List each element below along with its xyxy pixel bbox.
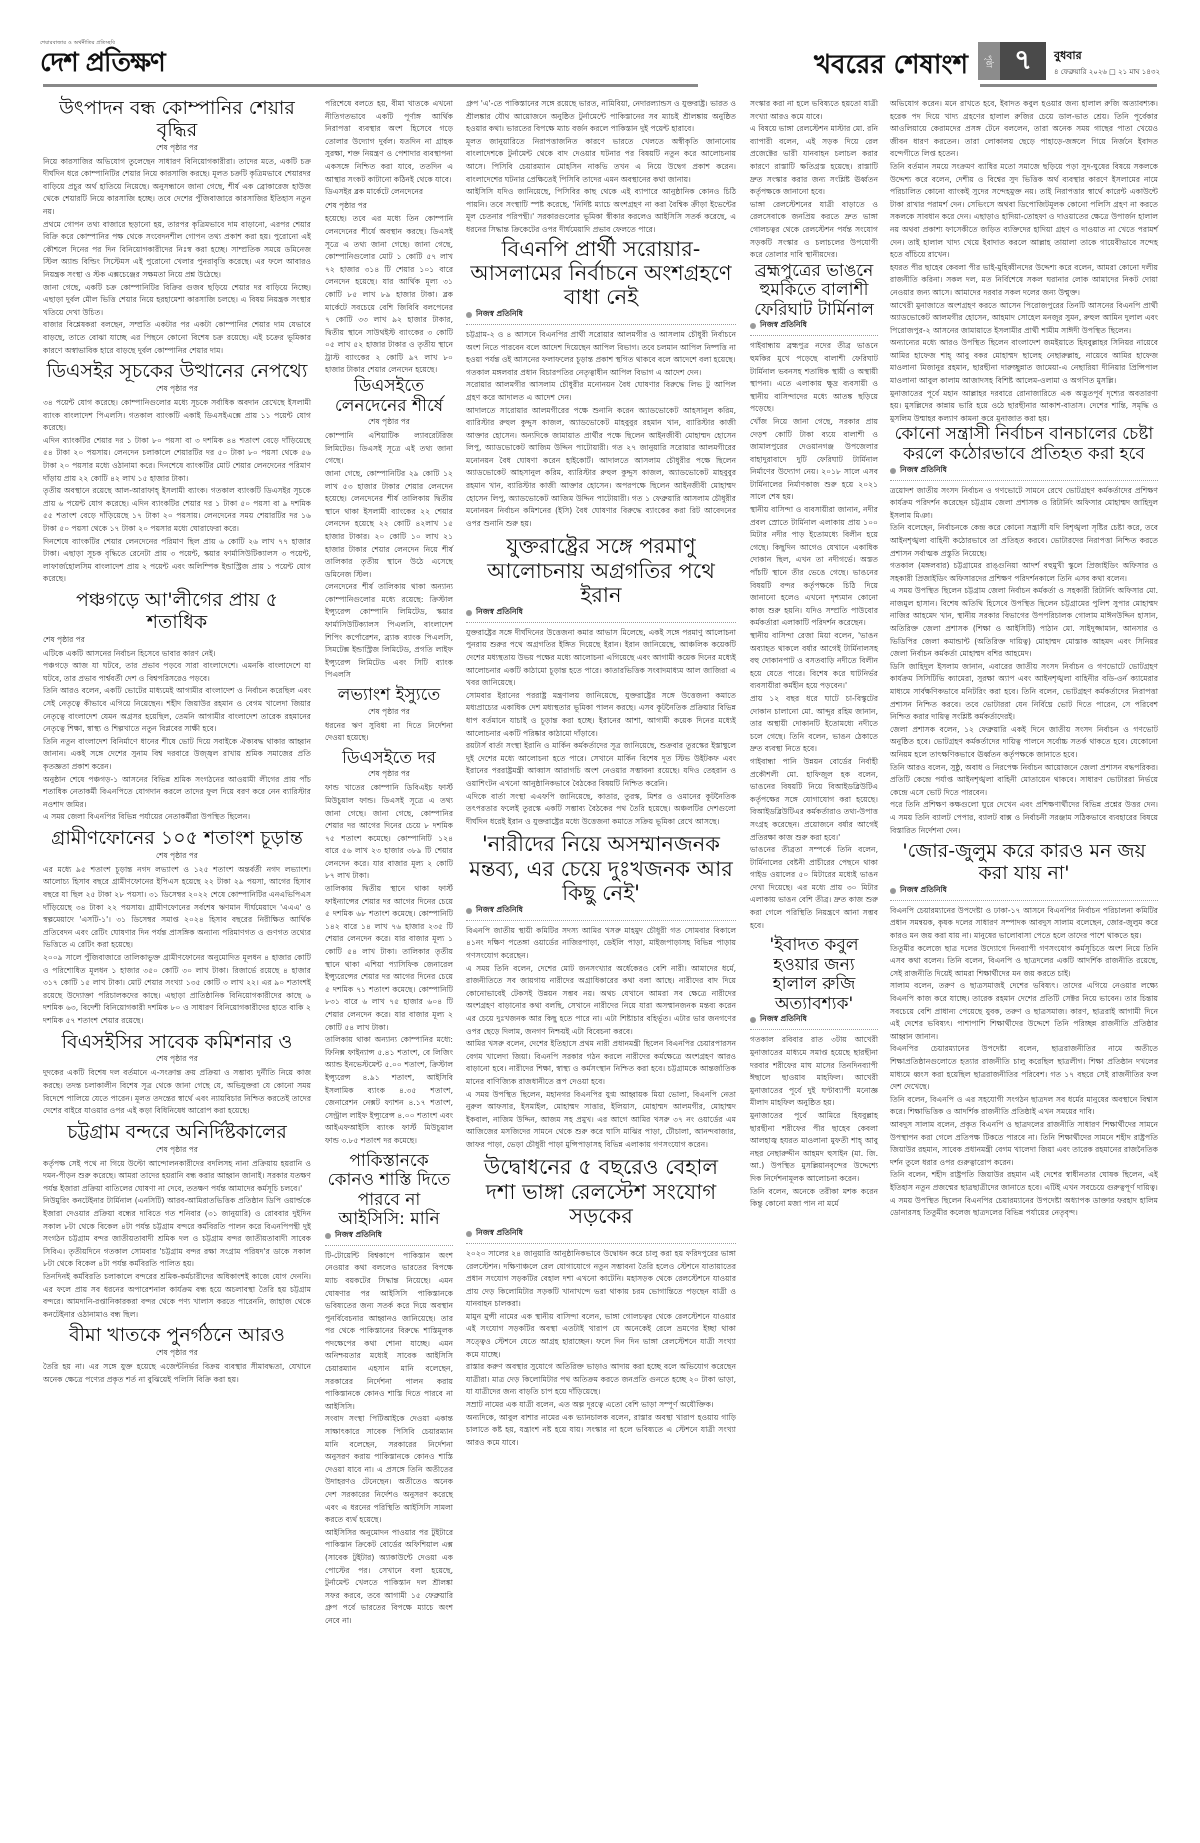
story-women-remarks: 'নারীদের নিয়ে অসম্মানজনক মন্তব্য, এর চে… (466, 832, 736, 1151)
story-body: কর্তৃপক্ষ সেই পথে না গিয়ে উল্টো আন্দোলন… (43, 1158, 311, 1322)
paragraph: হয়েছে। তবে এর মধ্যে তিন কোম্পানি লেনদেন… (325, 213, 453, 377)
paragraph: নিউমুরিং কনটেইনার টার্মিনাল (এনসিটি) আরব… (43, 1195, 311, 1271)
newspaper-logo: দেশ প্রতিক্ষণ (40, 48, 165, 78)
story-dse-price-fall: ডিএসইতে দর শেষ পৃষ্ঠার পর ফান্ড খাতের কো… (325, 749, 453, 1148)
story-body: গাইবান্ধায় ব্রহ্মপুত্র নদের তীব্র ভাঙনে… (750, 340, 878, 932)
story-body: নিয়ে কারসাজির অভিযোগ তুলেছেন সাধারণ বিন… (43, 156, 311, 358)
paragraph: অন্যান্যের মধ্যে আরও উপস্থিত ছিলেন বাংলা… (890, 337, 1158, 387)
byline: নিজস্ব প্রতিনিধি (890, 885, 1158, 901)
section-title: খবরের শেষাংশ (814, 50, 968, 80)
paragraph: আদালতে সারোয়ার আলমগীরের পক্ষে শুনানি কর… (466, 405, 736, 531)
paragraph: স্থানীয় বাসিন্দা রেজা মিয়া বলেন, 'ভাঙন… (750, 630, 878, 693)
paragraph: জানা গেছে, কোম্পানিটির ২৯ কোটি ১২ লাখ ৫৩… (325, 468, 453, 581)
story-balashi-ferry-terminal: ব্রহ্মপুত্রের ভাঙনে হুমকিতে বালাশী ফেরিঘ… (750, 262, 878, 933)
bullet-icon (750, 323, 756, 329)
story-body: ফান্ড খাতের কোম্পানি ডিবিএইচ ফার্স্ট মিউ… (325, 782, 453, 1147)
paragraph: ডিএসইর ব্লক মার্কেটে লেনদেনের (325, 186, 453, 199)
story-body: এর মধ্যে ৯৫ শতাংশ চূড়ান্ত নগদ লভ্যাংশ ও… (43, 864, 311, 1028)
byline: নিজস্ব প্রতিনিধি (466, 309, 736, 325)
paragraph: সম্রাট নামের এক যাত্রী বলেন, এত অল্প দূর… (466, 1399, 736, 1412)
paragraph: অন্যদিকে, আবুল বাশার নামের এক ভ্যানচালক … (466, 1412, 736, 1450)
paragraph: ডিসি জাহিদুল ইসলাম জানান, এবারের জাতীয় … (890, 661, 1158, 724)
headline: গ্রামীণফোনের ১০৫ শতাংশ চূড়ান্ত (43, 828, 311, 850)
headline: চট্টগ্রাম বন্দরে অনির্দিষ্টকালের (43, 1122, 311, 1144)
paragraph: বিএনপি চেয়ারম্যানের উপদেষ্টা ও ঢাকা-১৭ … (890, 905, 1158, 943)
story-chattogram-port: চট্টগ্রাম বন্দরে অনির্দিষ্টকালের শেষ পৃষ… (43, 1122, 311, 1322)
paragraph: প্রথমে গোপন তথ্য বাজারে ছড়ানো হয়, তারপ… (43, 219, 311, 282)
paragraph: ২০০৯ সালে পুঁজিবাজারে তালিকাভুক্ত গ্রামী… (43, 952, 311, 1028)
byline-text: নিজস্ব প্রতিনিধি (900, 885, 947, 897)
continued-label: শেষ পৃষ্ঠার পর (43, 1145, 311, 1157)
story-iran-us-talks: যুক্তরাষ্ট্রের সঙ্গে পরমাণু আলোচনায় অগ্… (466, 534, 736, 828)
paragraph: অনুষ্ঠান শেষে পঞ্চগড়-১ আসনের বিভিন্ন শ্… (43, 774, 311, 812)
bullet-icon (466, 312, 472, 318)
column-3: গ্রুপ 'এ'-তে পাকিস্তানের সঙ্গে রয়েছে ভা… (466, 98, 736, 1453)
paragraph: গাইবান্ধায় ব্রহ্মপুত্র নদের তীব্র ভাঙনে… (750, 340, 878, 416)
paragraph: মুনাজাতের পূর্বে মহান আল্লাহর দরবারে রোন… (890, 388, 1158, 426)
paragraph: সংস্কার করা না হলে ভবিষ্যতে হয়তো যাত্রী… (750, 98, 878, 123)
column-4: সংস্কার করা না হলে ভবিষ্যতে হয়তো যাত্রী… (750, 98, 878, 1215)
paragraph: পঞ্চগড়ে আজ যা ঘটবে, তার প্রভাব পড়বে সা… (43, 660, 311, 685)
story-body: সংস্কার করা না হলে ভবিষ্যতে হয়তো যাত্রী… (750, 98, 878, 262)
paragraph: বিএনপি জাতীয় স্থায়ী কমিটির সদস্য আমির … (466, 925, 736, 963)
byline-text: নিজস্ব প্রতিনিধি (476, 309, 523, 321)
continued-label: শেষ পৃষ্ঠার পর (43, 851, 311, 863)
byline: নিজস্ব প্রতিনিধি (750, 320, 878, 336)
paragraph: ত্রয়োদশ জাতীয় সংসদ নির্বাচন ও গণভোটে স… (890, 485, 1158, 523)
paragraph: গতকাল (মঙ্গলবার) চট্টগ্রামের রাঙ্গুনিয়া… (890, 560, 1158, 585)
headline: ব্রহ্মপুত্রের ভাঙনে হুমকিতে বালাশী ফেরিঘ… (750, 262, 878, 321)
byline: নিজস্ব প্রতিনিধি (325, 1230, 453, 1246)
story-body: পরিশেষে বলতে হয়, বীমা খাতকে এখনো নীতিগত… (325, 98, 453, 377)
paragraph: তিনি নতুন বাংলাদেশ বিনির্মাণে ধানের শীষে… (43, 736, 311, 774)
weekday: বুধবার (1054, 47, 1160, 66)
paragraph: তিনদিনই কর্মবিরতি চলাকালে বন্দরের শ্রমিক… (43, 1271, 311, 1321)
paragraph: তিনি আরও বলেন, একটি ভোটের মাধ্যমেই আগামী… (43, 685, 311, 735)
bullet-icon (466, 610, 472, 616)
continued-label: শেষ পৃষ্ঠার পর (325, 769, 453, 781)
story-body: ৩৪ পয়েন্ট যোগ করেছে। কোম্পানিগুলোর মধ্য… (43, 397, 311, 586)
byline-text: নিজস্ব প্রতিনিধি (900, 465, 947, 477)
continued-label: শেষ পৃষ্ঠার পর (43, 1348, 311, 1360)
paragraph: গ্রুপ 'এ'-তে পাকিস্তানের সঙ্গে রয়েছে ভা… (466, 98, 736, 136)
paragraph: দিনশেষে ব্যাংকটির শেয়ার লেনদেনের পরিমাণ… (43, 536, 311, 586)
story-body: ২০২০ সালের ২৪ জানুয়ারি আনুষ্ঠানিকভাবে উ… (466, 1248, 736, 1450)
paragraph: এ বিষয়ে ভাঙ্গা রেলস্টেশন মাস্টার মো. রন… (750, 123, 878, 199)
continued-label: শেষ পৃষ্ঠার পর (43, 635, 311, 647)
continued-label: শেষ পৃষ্ঠার পর (325, 417, 453, 429)
paragraph: বাজার বিশ্লেষকরা বলছেন, সম্প্রতি একটার প… (43, 319, 311, 357)
story-grameenphone: গ্রামীণফোনের ১০৫ শতাংশ চূড়ান্ত শেষ পৃষ্… (43, 828, 311, 1028)
paragraph: তিনি বর্তমান সময়ে সংক্রমণ ব্যাধির মতো স… (890, 161, 1158, 262)
column-2: পরিশেষে বলতে হয়, বীমা খাতকে এখনো নীতিগত… (325, 98, 453, 1632)
story-body: গতকাল রবিবার রাত ৩টায় আখেরী মুনাজাতের ম… (750, 1034, 878, 1210)
continued-label: শেষ পৃষ্ঠার পর (43, 384, 311, 396)
story-bhanga-station-road: উদ্বোধনের ৫ বছরেও বেহাল দশা ভাঙ্গা রেলস্… (466, 1155, 736, 1449)
paragraph: সরোয়ার আলমগীর আসলাম চৌধুরীর মনোনয়ন বৈধ… (466, 379, 736, 404)
paragraph: এদিন ব্যাংকটির শেয়ার দর ১ টাকা ৮০ পয়সা… (43, 435, 311, 485)
page-header-right: খবরের শেষাংশ পৃষ্ঠা ৭ বুধবার ৪ ফেব্রুয়া… (814, 42, 1160, 80)
paragraph: হযরত পীর ছাহেব কেবলা পীর ভাই-মুহিব্বীনদে… (890, 262, 1158, 300)
story-body: গ্রুপ 'এ'-তে পাকিস্তানের সঙ্গে রয়েছে ভা… (466, 98, 736, 237)
paragraph: ভাঙনের তীব্রতা সম্পর্কে তিনি বলেন, টার্ম… (750, 844, 878, 932)
paragraph: তিনি বলেন, অনেকে তরীকা মশক করেন কিন্তু ক… (750, 1186, 878, 1211)
paragraph: খোঁজ নিয়ে জানা গেছে, সরকার প্রায় দেড়শ… (750, 416, 878, 504)
story-body: তৈরি হয় না। এর সঙ্গে যুক্ত হয়েছে এজেন্… (43, 1361, 311, 1386)
paragraph: রাস্তার করুণ অবস্থার সুযোগে অতিরিক্ত ভাড… (466, 1361, 736, 1399)
byline-text: নিজস্ব প্রতিনিধি (476, 905, 523, 917)
header-rule-left (43, 84, 698, 87)
byline-text: নিজস্ব প্রতিনিধি (476, 607, 523, 619)
byline-text: নিজস্ব প্রতিনিধি (476, 1228, 523, 1240)
byline: নিজস্ব প্রতিনিধি (466, 1228, 736, 1244)
paragraph: সালাম বলেন, তরুণ ও ছাত্রসমাজই দেশের ভবিষ… (890, 980, 1158, 1043)
paragraph: এ সময় তিনি বলেন, দেশের মোট জনসংখ্যার অর… (466, 963, 736, 1039)
headline: 'নারীদের নিয়ে অসম্মানজনক মন্তব্য, এর চে… (466, 832, 736, 904)
paragraph: কোম্পানি এশিয়াটিক ল্যাবরেটরিজ লিমিটেড। … (325, 430, 453, 468)
byline-text: নিজস্ব প্রতিনিধি (760, 1014, 807, 1026)
story-halal-income: 'ইবাদত কবুল হওয়ার জন্য হালাল রুজি অত্যা… (750, 936, 878, 1211)
story-body: ধরনের ঋণ সুবিধা না দিতে নির্দেশনা দেওয়া… (325, 720, 453, 745)
paragraph: প্রায় ১২ বছর ধরে ঘাটে চা-বিস্কুটের দোকা… (750, 693, 878, 756)
issue-date: বুধবার ৪ ফেব্রুয়ারি ২০২৬ □ ২১ মাঘ ১৪৩২ (1054, 47, 1160, 80)
story-dividend-issue: লভ্যাংশ ইস্যুতে শেষ পৃষ্ঠার পর ধরনের ঋণ … (325, 686, 453, 745)
continued-label: শেষ পৃষ্ঠার পর (325, 200, 453, 213)
paragraph: মামুন মুন্সী নামের এক স্থানীয় বাসিন্দা … (466, 1311, 736, 1361)
paragraph: বিএনপির চেয়ারম্যানের উপদেষ্টা বলেন, ছাত… (890, 1043, 1158, 1093)
headline: বিএসইসির সাবেক কমিশনার ও (43, 1032, 311, 1054)
story-body: দুদকের একটি বিশেষ দল বর্তমানে এ-সংক্রান্… (43, 1067, 311, 1117)
paragraph: মূলত জানুয়ারিতে নিরাপত্তাজনিত কারণে ভার… (466, 136, 736, 186)
masthead: শেয়ারবাজার ও অর্থনীতির প্রতিচ্ছবি দেশ প… (40, 40, 1160, 80)
paragraph: সোমবার ইরানের পররাষ্ট্র মন্ত্রণালয় জানি… (466, 690, 736, 740)
paragraph: আইসিসির অনুমোদন পাওয়ার পর টুইটারে পাকিস… (325, 1527, 453, 1628)
headline: পঞ্চগড়ে আ'লীগের প্রায় ৫ শতাধিক (43, 590, 311, 634)
paragraph: অভিযোগ করেন। মনে রাখতে হবে, ইবাদত কবুল হ… (890, 98, 1158, 161)
bullet-icon (890, 468, 896, 474)
byline-text: নিজস্ব প্রতিনিধি (335, 1230, 382, 1242)
paragraph: এদিকে বার্তা সংস্থা এএফপি জানিয়েছে, কাত… (466, 791, 736, 829)
paragraph: ভাঙ্গা রেলস্টেশনের যাত্রী বাড়াতে ও রেলস… (750, 199, 878, 262)
paragraph: তৈরি হয় না। এর সঙ্গে যুক্ত হয়েছে এজেন্… (43, 1361, 311, 1386)
paragraph: এ সময় জেলা বিএনপির বিভিন্ন পর্যায়ের নে… (43, 811, 311, 824)
paragraph: তৃতীয় অবস্থানে রয়েছে আল-আরাফাহ্ ইসলামী… (43, 485, 311, 535)
paragraph: তিতুমীর কলেজে ছাত্র দলের উদ্যোগে দিনব্যা… (890, 943, 1158, 981)
paragraph: ধরনের ঋণ সুবিধা না দিতে নির্দেশনা দেওয়া… (325, 720, 453, 745)
newspaper-brand: শেয়ারবাজার ও অর্থনীতির প্রতিচ্ছবি দেশ প… (40, 40, 165, 78)
byline: নিজস্ব প্রতিনিধি (890, 465, 1158, 481)
story-body: টি-টোয়েন্টি বিশ্বকাপে পাকিস্তান অংশ নেও… (325, 1250, 453, 1628)
newspaper-tagline: শেয়ারবাজার ও অর্থনীতির প্রতিচ্ছবি (40, 40, 165, 48)
story-dse-top-turnover: ডিএসইতে লেনদেনের শীর্ষে শেষ পৃষ্ঠার পর ক… (325, 377, 453, 682)
paragraph: তিনি আরও বলেন, সুষ্ঠু, অবাধ ও নিরপেক্ষ ন… (890, 762, 1158, 800)
bullet-icon (466, 908, 472, 914)
paragraph: তিনি বলেছেন, নির্বাচনকে কেন্দ্র করে কোনো… (890, 522, 1158, 560)
paragraph: এ সময় উপস্থিত ছিলেন চট্টগ্রাম জেলা নির্… (890, 585, 1158, 661)
continued-label: শেষ পৃষ্ঠার পর (325, 707, 453, 719)
story-body: ত্রয়োদশ জাতীয় সংসদ নির্বাচন ও গণভোটে স… (890, 485, 1158, 838)
paragraph: টি-টোয়েন্টি বিশ্বকাপে পাকিস্তান অংশ নেও… (325, 1250, 453, 1414)
paragraph: এর মধ্যে ৯৫ শতাংশ চূড়ান্ত নগদ লভ্যাংশ ও… (43, 864, 311, 952)
continued-label: শেষ পৃষ্ঠার পর (43, 143, 311, 155)
paragraph: তিনি বলেন, শহীদ রাষ্ট্রপতি জিয়াউর রহমান… (890, 1169, 1158, 1194)
story-body: অভিযোগ করেন। মনে রাখতে হবে, ইবাদত কবুল হ… (890, 98, 1158, 425)
paragraph: তিনি বলেন, বিএনপি ও এর সহযোগী সংগঠন ছাত্… (890, 1094, 1158, 1119)
paragraph: এ সময় উপস্থিত ছিলেন বিএনপির চেয়ারম্যান… (890, 1195, 1158, 1220)
headline: বীমা খাতকে পুনর্গঠনে আরও (43, 1325, 311, 1347)
paragraph: নিয়ে কারসাজির অভিযোগ তুলেছেন সাধারণ বিন… (43, 156, 311, 219)
headline: ডিএসইর সূচকের উত্থানের নেপথ্যে (43, 361, 311, 383)
paragraph: দুদকের একটি বিশেষ দল বর্তমানে এ-সংক্রান্… (43, 1067, 311, 1117)
story-body: যুক্তরাষ্ট্রের সঙ্গে দীর্ঘদিনের উত্তেজনা… (466, 627, 736, 829)
story-body: এটিকে একটি আসনের নির্বাচন হিসেবে ভাবার ক… (43, 648, 311, 824)
byline: নিজস্ব প্রতিনিধি (466, 905, 736, 921)
headline: ডিএসইতে লেনদেনের শীর্ষে (325, 377, 453, 416)
story-election-security: কোনো সন্ত্রাসী নির্বাচন বানচালের চেষ্টা … (890, 425, 1158, 837)
headline: পাকিস্তানকে কোনও শাস্তি দিতে পারবে না আই… (325, 1152, 453, 1230)
page-number: ৭ (1000, 42, 1046, 80)
byline: নিজস্ব প্রতিনিধি (750, 1014, 878, 1030)
paragraph: পরে তিনি প্রশিক্ষণ কক্ষগুলো ঘুরে দেখেন এ… (890, 799, 1158, 837)
paragraph: আইসিসি যদিও জানিয়েছে, পিসিবির কাছ থেকে … (466, 186, 736, 236)
story-body: চট্টগ্রাম-২ ও ৪ আসনে বিএনপির প্রার্থী সর… (466, 329, 736, 531)
bullet-icon (750, 1017, 756, 1023)
story-dse-index: ডিএসইর সূচকের উত্থানের নেপথ্যে শেষ পৃষ্ঠ… (43, 361, 311, 586)
paragraph: জেলা প্রশাসক বলেন, ১২ ফেব্রুয়ারি একই দি… (890, 724, 1158, 762)
story-body: বিএনপি জাতীয় স্থায়ী কমিটির সদস্য আমির … (466, 925, 736, 1152)
story-bsec-commissioner: বিএসইসির সাবেক কমিশনার ও শেষ পৃষ্ঠার পর … (43, 1032, 311, 1118)
headline: 'জোর-জুলুম করে কারও মন জয় করা যায় না' (890, 841, 1158, 885)
paragraph: ৩৪ পয়েন্ট যোগ করেছে। কোম্পানিগুলোর মধ্য… (43, 397, 311, 435)
paragraph: আমির খসরু বলেন, দেশের ইতিহাসে প্রথম নারী… (466, 1038, 736, 1088)
column-5: অভিযোগ করেন। মনে রাখতে হবে, ইবাদত কবুল হ… (890, 98, 1158, 1224)
paragraph: সংবাদ সংস্থা পিটিআইকে দেওয়া একান্ত সাক্… (325, 1413, 453, 1526)
paragraph: গতকাল রবিবার রাত ৩টায় আখেরী মুনাজাতের ম… (750, 1034, 878, 1110)
paragraph: তালিকায় থাকা অন্যান্য কোম্পানির মধ্যে: … (325, 1034, 453, 1147)
paragraph: লেনদেনের শীর্ষ তালিকায় থাকা অন্যান্য কো… (325, 581, 453, 682)
headline: লভ্যাংশ ইস্যুতে (325, 686, 453, 706)
story-win-hearts: 'জোর-জুলুম করে কারও মন জয় করা যায় না' … (890, 841, 1158, 1220)
story-panchagarh: পঞ্চগড়ে আ'লীগের প্রায় ৫ শতাধিক শেষ পৃষ… (43, 590, 311, 824)
paragraph: চট্টগ্রাম-২ ও ৪ আসনে বিএনপির প্রার্থী সর… (466, 329, 736, 367)
story-bnp-candidates: বিএনপি প্রার্থী সরোয়ার-আসলামের নির্বাচন… (466, 237, 736, 531)
paragraph: কর্তৃপক্ষ সেই পথে না গিয়ে উল্টো আন্দোলন… (43, 1158, 311, 1196)
paragraph: এটিকে একটি আসনের নির্বাচন হিসেবে ভাবার ক… (43, 648, 311, 661)
paragraph: আখেরী মুনাজাতে অংশগ্রহণ করতে আসেন পিরোজপ… (890, 300, 1158, 338)
paragraph: ফান্ড খাতের কোম্পানি ডিবিএইচ ফার্স্ট মিউ… (325, 782, 453, 883)
bullet-icon (325, 1233, 331, 1239)
bullet-icon (466, 1231, 472, 1237)
paragraph: যুক্তরাষ্ট্রের সঙ্গে দীর্ঘদিনের উত্তেজনা… (466, 627, 736, 690)
paragraph: পরিশেষে বলতে হয়, বীমা খাতকে এখনো নীতিগত… (325, 98, 453, 186)
byline-text: নিজস্ব প্রতিনিধি (760, 320, 807, 332)
byline: নিজস্ব প্রতিনিধি (466, 607, 736, 623)
story-insurance-reform: বীমা খাতকে পুনর্গঠনে আরও শেষ পৃষ্ঠার পর … (43, 1325, 311, 1386)
headline: কোনো সন্ত্রাসী নির্বাচন বানচালের চেষ্টা … (890, 425, 1158, 464)
paragraph: স্থানীয় বাসিন্দা ও ব্যবসায়ীরা জানান, ন… (750, 504, 878, 630)
paragraph: রয়টার্স বার্তা সংস্থা ইরানি ও মার্কিন ক… (466, 740, 736, 790)
paragraph: গতকাল মঙ্গলবার প্রধান বিচারপতির নেতৃত্বা… (466, 367, 736, 380)
headline: বিএনপি প্রার্থী সরোয়ার-আসলামের নির্বাচন… (466, 237, 736, 309)
headline: উদ্বোধনের ৫ বছরেও বেহাল দশা ভাঙ্গা রেলস্… (466, 1155, 736, 1227)
story-share-price-rise: উৎপাদন বন্ধ কোম্পানির শেয়ার বৃদ্ধির শেষ… (43, 98, 311, 357)
bullet-icon (890, 888, 896, 894)
headline: ডিএসইতে দর (325, 749, 453, 769)
paragraph: তালিকায় দ্বিতীয় স্থানে থাকা ফার্স্ট ফা… (325, 883, 453, 1034)
continued-label: শেষ পৃষ্ঠার পর (43, 1054, 311, 1066)
headline: উৎপাদন বন্ধ কোম্পানির শেয়ার বৃদ্ধির (43, 98, 311, 142)
story-pakistan-icc: পাকিস্তানকে কোনও শাস্তি দিতে পারবে না আই… (325, 1152, 453, 1628)
column-1: উৎপাদন বন্ধ কোম্পানির শেয়ার বৃদ্ধির শেষ… (43, 98, 311, 1390)
paragraph: জানা গেছে, একটি চক্র কোম্পানিটির বিক্রির… (43, 282, 311, 320)
header-rule-right (980, 84, 1157, 87)
paragraph: এ সময় উপস্থিত ছিলেন, মহানগর বিএনপির যুগ… (466, 1089, 736, 1152)
story-body: বিএনপি চেয়ারম্যানের উপদেষ্টা ও ঢাকা-১৭ … (890, 905, 1158, 1220)
paragraph: মুনাজাতের পূর্বে আমিরে হিযবুল্লাহ ছারছীন… (750, 1110, 878, 1186)
paragraph: ২০২০ সালের ২৪ জানুয়ারি আনুষ্ঠানিকভাবে উ… (466, 1248, 736, 1311)
headline: 'ইবাদত কবুল হওয়ার জন্য হালাল রুজি অত্যা… (750, 936, 878, 1014)
headline: যুক্তরাষ্ট্রের সঙ্গে পরমাণু আলোচনায় অগ্… (466, 534, 736, 606)
paragraph: আবদুস সালাম বলেন, প্রকৃত বিএনপি ও ছাত্রদ… (890, 1119, 1158, 1169)
paragraph: গাইবান্ধা পানি উন্নয়ন বোর্ডের নির্বাহী … (750, 756, 878, 844)
page-label: পৃষ্ঠা (978, 42, 1000, 80)
date-line: ৪ ফেব্রুয়ারি ২০২৬ □ ২১ মাঘ ১৪৩২ (1054, 66, 1160, 78)
story-body: কোম্পানি এশিয়াটিক ল্যাবরেটরিজ লিমিটেড। … (325, 430, 453, 682)
